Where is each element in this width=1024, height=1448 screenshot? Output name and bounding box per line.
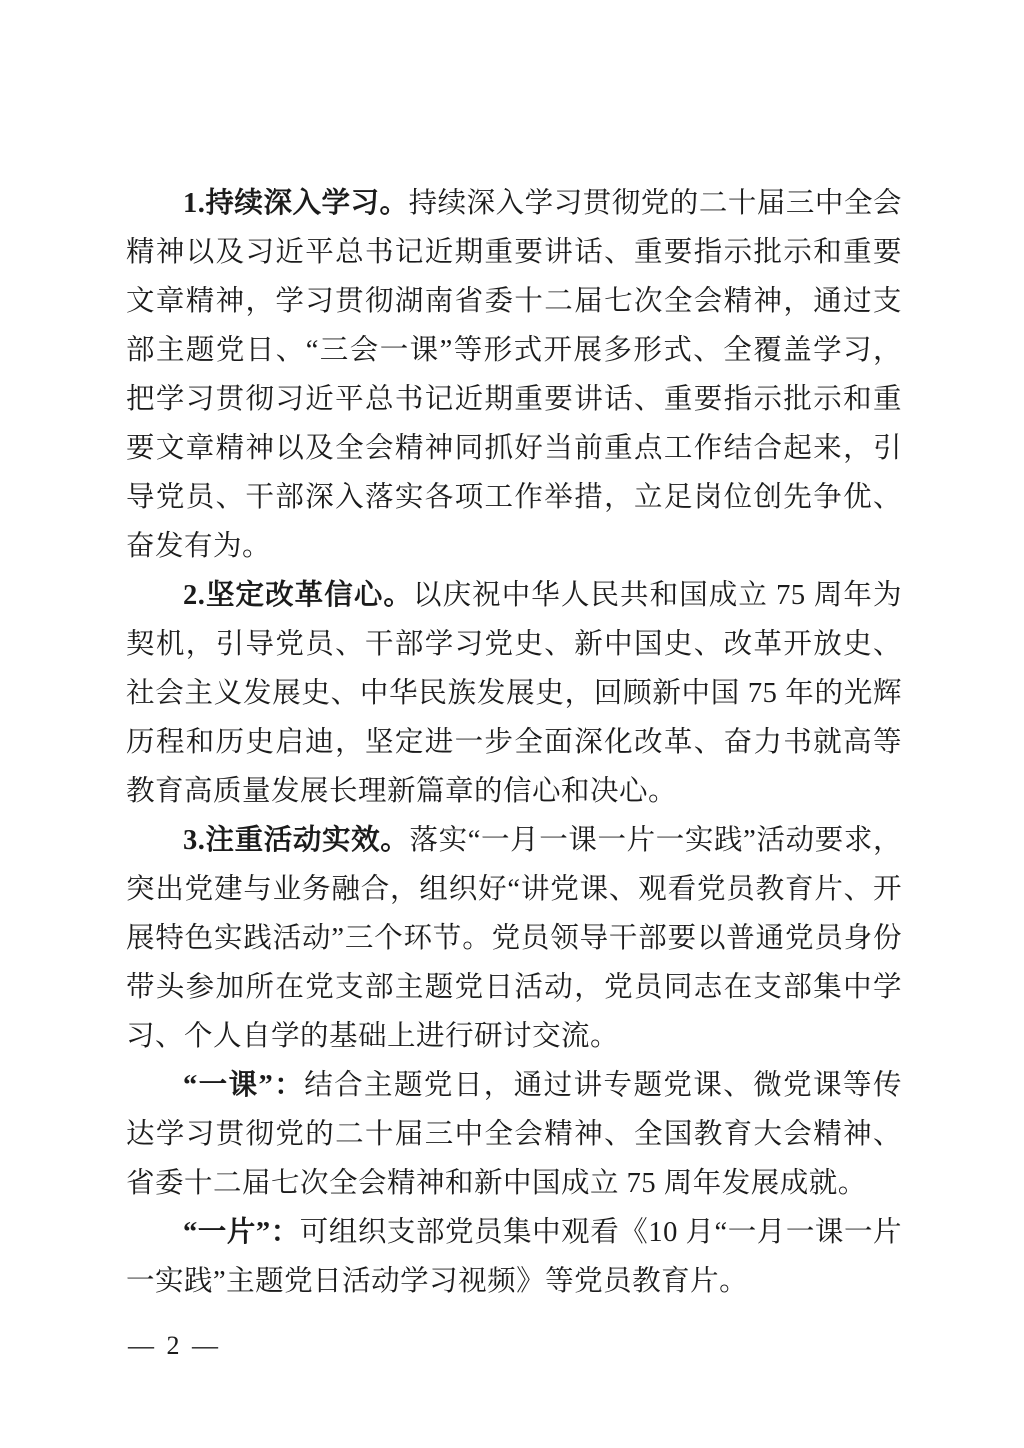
paragraph-2: 2.坚定改革信心。以庆祝中华人民共和国成立 75 周年为契机，引导党员、干部学习… bbox=[126, 571, 902, 816]
paragraph-1-text: 持续深入学习贯彻党的二十届三中全会精神以及习近平总书记近期重要讲话、重要指示批示… bbox=[126, 188, 902, 562]
paragraph-2-text: 以庆祝中华人民共和国成立 75 周年为契机，引导党员、干部学习党史、新中国史、改… bbox=[126, 580, 902, 807]
paragraph-5: “一片”：可组织支部党员集中观看《10 月“一月一课一片一实践”主题党日活动学习… bbox=[126, 1208, 902, 1306]
paragraph-1: 1.持续深入学习。持续深入学习贯彻党的二十届三中全会精神以及习近平总书记近期重要… bbox=[126, 179, 902, 571]
paragraph-3-text: 落实“一月一课一片一实践”活动要求，突出党建与业务融合，组织好“讲党课、观看党员… bbox=[126, 825, 902, 1052]
paragraph-5-heading: “一片”： bbox=[183, 1217, 300, 1248]
page-number: — 2 — bbox=[128, 1326, 221, 1366]
paragraph-4-heading: “一课”： bbox=[183, 1070, 304, 1101]
paragraph-2-heading: 2.坚定改革信心。 bbox=[183, 580, 413, 611]
document-page: 1.持续深入学习。持续深入学习贯彻党的二十届三中全会精神以及习近平总书记近期重要… bbox=[0, 0, 1024, 1448]
paragraph-1-heading: 1.持续深入学习。 bbox=[183, 188, 409, 219]
paragraph-3: 3.注重活动实效。落实“一月一课一片一实践”活动要求，突出党建与业务融合，组织好… bbox=[126, 816, 902, 1061]
paragraph-4: “一课”：结合主题党日，通过讲专题党课、微党课等传达学习贯彻党的二十届三中全会精… bbox=[126, 1061, 902, 1208]
document-body: 1.持续深入学习。持续深入学习贯彻党的二十届三中全会精神以及习近平总书记近期重要… bbox=[126, 179, 902, 1306]
paragraph-3-heading: 3.注重活动实效。 bbox=[183, 825, 409, 856]
